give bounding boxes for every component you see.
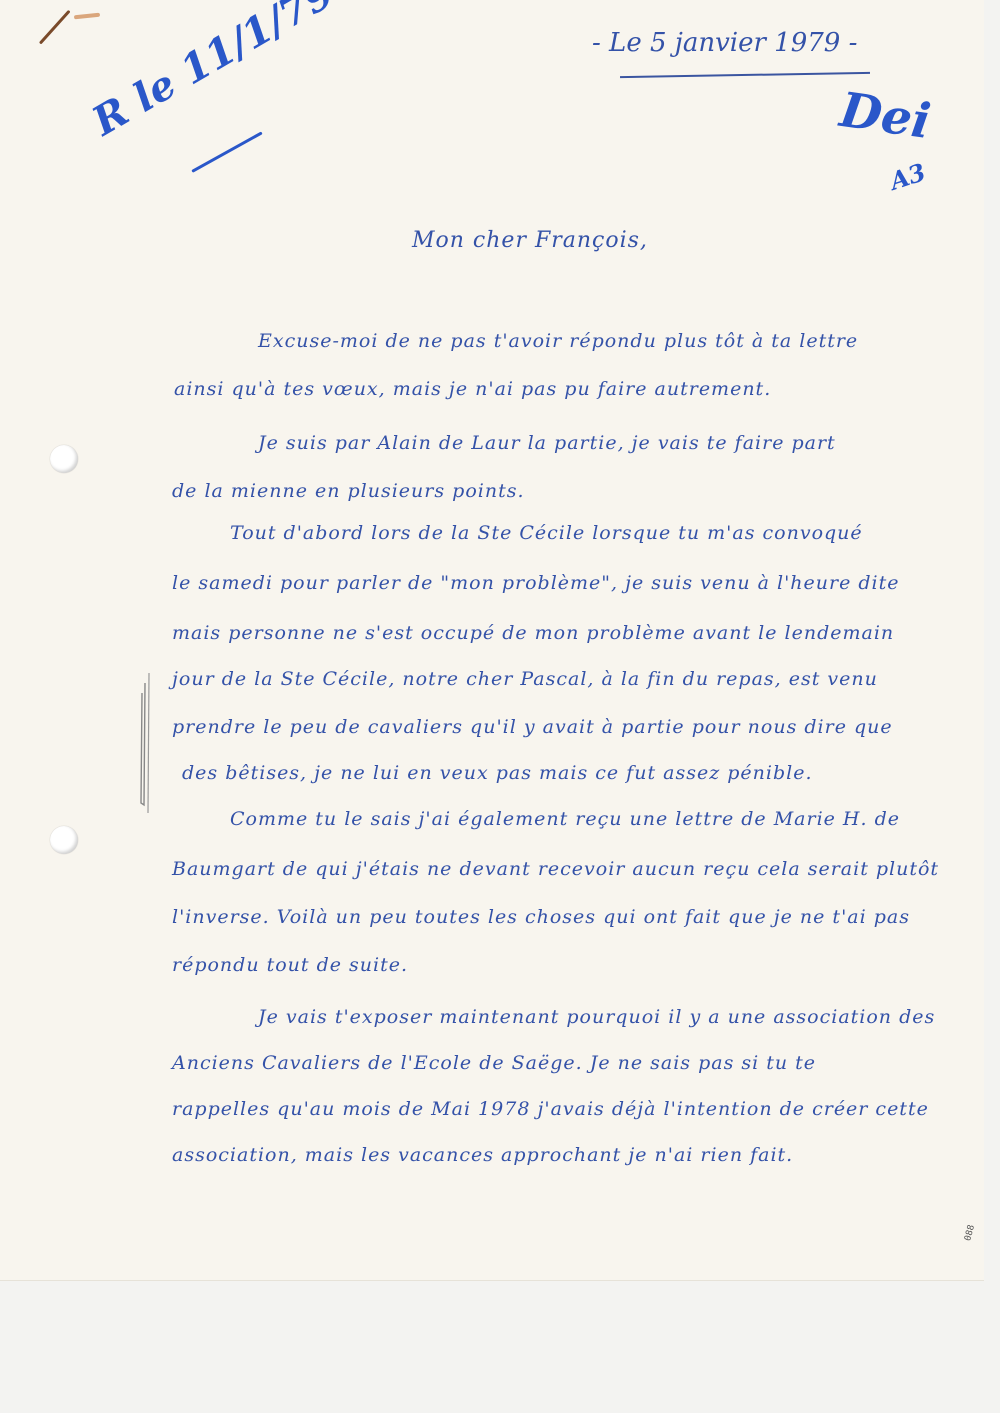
letter-page: R le 11/1/79 - Le 5 janvier 1979 - Dei A… xyxy=(0,0,984,1281)
body-line: ainsi qu'à tes vœux, mais je n'ai pas pu… xyxy=(174,378,771,400)
body-line: l'inverse. Voilà un peu toutes les chose… xyxy=(172,906,910,928)
body-line: association, mais les vacances approchan… xyxy=(172,1144,793,1166)
salutation: Mon cher François, xyxy=(412,228,648,253)
body-line: répondu tout de suite. xyxy=(172,954,408,976)
initials-annotation: Dei xyxy=(837,82,934,150)
body-line: Je suis par Alain de Laur la partie, je … xyxy=(258,432,836,454)
body-line: Comme tu le sais j'ai également reçu une… xyxy=(230,808,900,830)
body-line: des bêtises, je ne lui en veux pas mais … xyxy=(182,762,812,784)
body-line: Baumgart de qui j'étais ne devant recevo… xyxy=(172,858,939,880)
body-line: rappelles qu'au mois de Mai 1978 j'avais… xyxy=(172,1098,929,1120)
rust-stain xyxy=(74,13,100,20)
body-line: Tout d'abord lors de la Ste Cécile lorsq… xyxy=(230,522,863,544)
body-line: prendre le peu de cavaliers qu'il y avai… xyxy=(172,716,893,738)
punch-hole-bottom xyxy=(50,826,78,854)
received-note-underline xyxy=(191,131,262,172)
body-line: jour de la Ste Cécile, notre cher Pascal… xyxy=(172,668,878,690)
body-line: Anciens Cavaliers de l'Ecole de Saëge. J… xyxy=(172,1052,816,1074)
punch-hole-top xyxy=(50,445,78,473)
letter-date: - Le 5 janvier 1979 - xyxy=(592,28,857,58)
body-line: de la mienne en plusieurs points. xyxy=(172,480,525,502)
archive-number: 088 xyxy=(963,1224,977,1242)
body-line: mais personne ne s'est occupé de mon pro… xyxy=(172,622,894,644)
body-line: Excuse-moi de ne pas t'avoir répondu plu… xyxy=(258,330,858,352)
initials-sub-annotation: A3 xyxy=(886,157,929,195)
received-note: R le 11/1/79 xyxy=(85,0,342,145)
date-underline xyxy=(620,72,870,78)
staple xyxy=(39,10,71,45)
body-line: le samedi pour parler de "mon problème",… xyxy=(172,572,900,594)
body-line: Je vais t'exposer maintenant pourquoi il… xyxy=(258,1006,935,1028)
pencil-margin-mark xyxy=(139,673,153,813)
